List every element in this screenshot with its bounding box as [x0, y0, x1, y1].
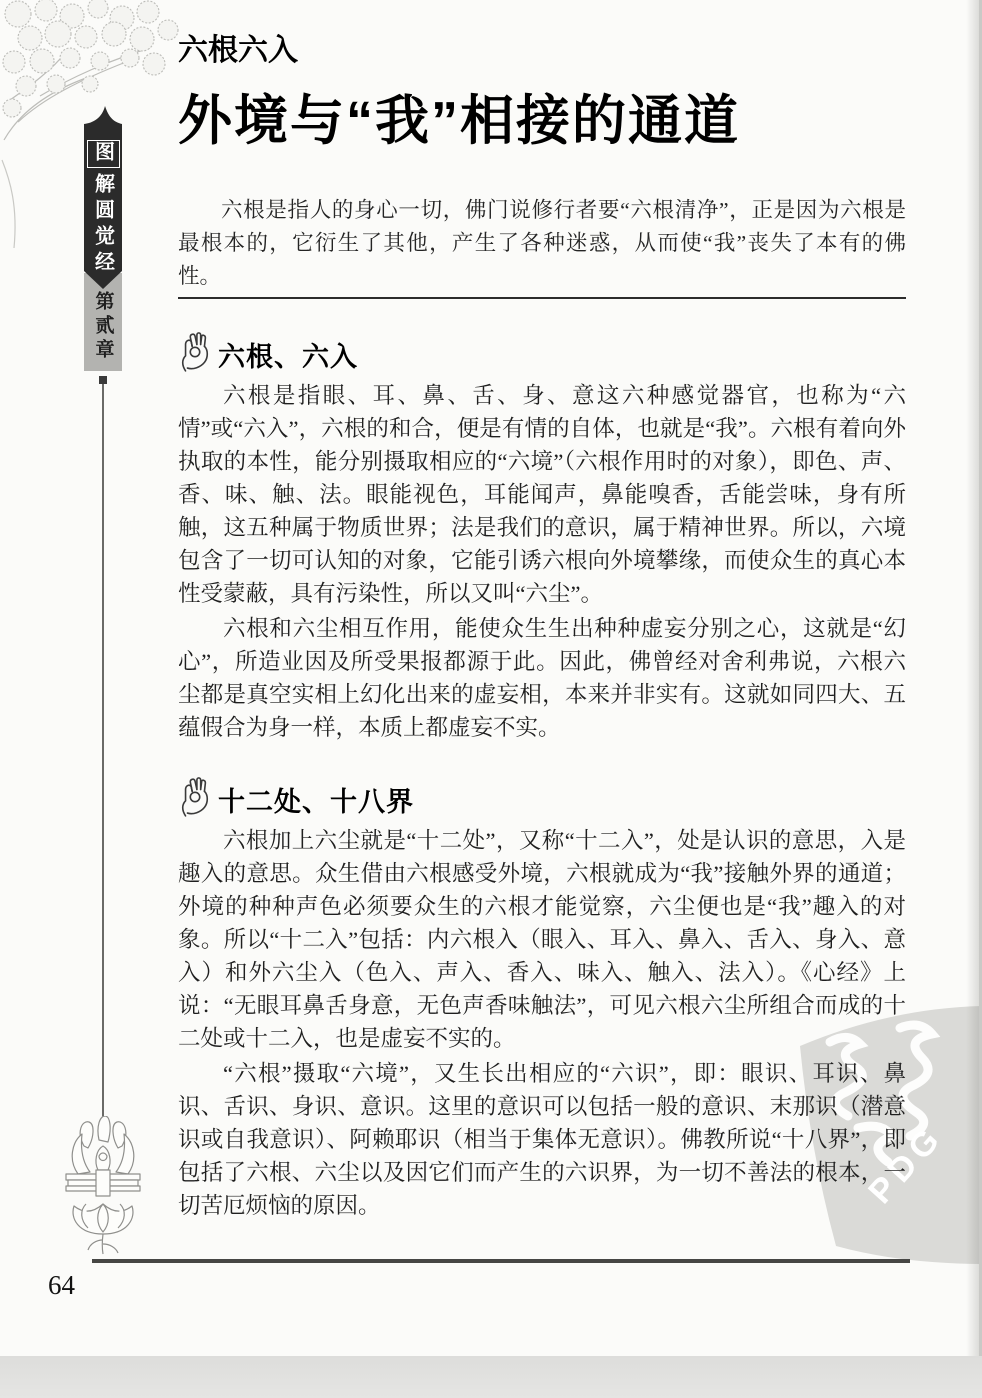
mudra-hand-icon	[178, 331, 212, 373]
banner-finial-icon	[84, 106, 122, 132]
chapter-label: 第贰章	[90, 291, 117, 371]
book-title-rest: 解圆觉经	[92, 173, 114, 277]
main-content: 六根六入 外境与“我”相接的通道 六根是指人的身心一切，佛门说修行者要“六根清净…	[178, 0, 906, 1222]
section-twelve-bases: 十二处、十八界 六根加上六尘就是“十二处”，又称“十二入”，处是认识的意思，入是…	[178, 776, 906, 1222]
book-title-banner: 图解圆觉经	[84, 131, 122, 289]
sidebar-banner: 图解圆觉经 第贰章	[84, 106, 122, 371]
page-number: 64	[48, 1270, 75, 1301]
body-paragraph: “六根”摄取“六境”，又生长出相应的“六识”，即：眼识、耳识、鼻识、舌识、身识、…	[178, 1057, 906, 1222]
book-page: 图解圆觉经 第贰章	[0, 0, 982, 1356]
scan-background	[0, 1356, 982, 1398]
page-edge-shadow	[966, 0, 982, 1356]
lotus-icon	[58, 1116, 148, 1256]
stem-line	[102, 384, 104, 1122]
page-title: 外境与“我”相接的通道	[178, 90, 906, 152]
body-paragraph: 六根是指眼、耳、鼻、舌、身、意这六种感觉器官，也称为“六情”或“六入”，六根的和…	[178, 379, 906, 610]
section-heading-row: 六根、六入	[178, 331, 906, 375]
section-heading: 六根、六入	[218, 339, 358, 375]
section-heading: 十二处、十八界	[218, 784, 414, 820]
body-paragraph: 六根加上六尘就是“十二处”，又称“十二入”，处是认识的意思，入是趣入的意思。众生…	[178, 824, 906, 1055]
body-paragraph: 六根和六尘相互作用，能使众生生出种种虚妄分别之心，这就是“幻心”，所造业因及所受…	[178, 612, 906, 744]
intro-paragraph: 六根是指人的身心一切，佛门说修行者要“六根清净”，正是因为六根是最根本的，它衍生…	[178, 194, 906, 293]
intro-divider	[178, 297, 906, 299]
stem-square	[99, 376, 107, 384]
book-title-first-char: 图	[87, 140, 120, 168]
mudra-hand-icon	[178, 776, 212, 818]
section-heading-row: 十二处、十八界	[178, 776, 906, 820]
book-title-vertical: 图解圆觉经	[87, 131, 120, 289]
section-six-roots: 六根、六入 六根是指眼、耳、鼻、舌、身、意这六种感觉器官，也称为“六情”或“六入…	[178, 331, 906, 744]
footer-rule	[92, 1259, 910, 1263]
page-kicker: 六根六入	[178, 34, 906, 68]
